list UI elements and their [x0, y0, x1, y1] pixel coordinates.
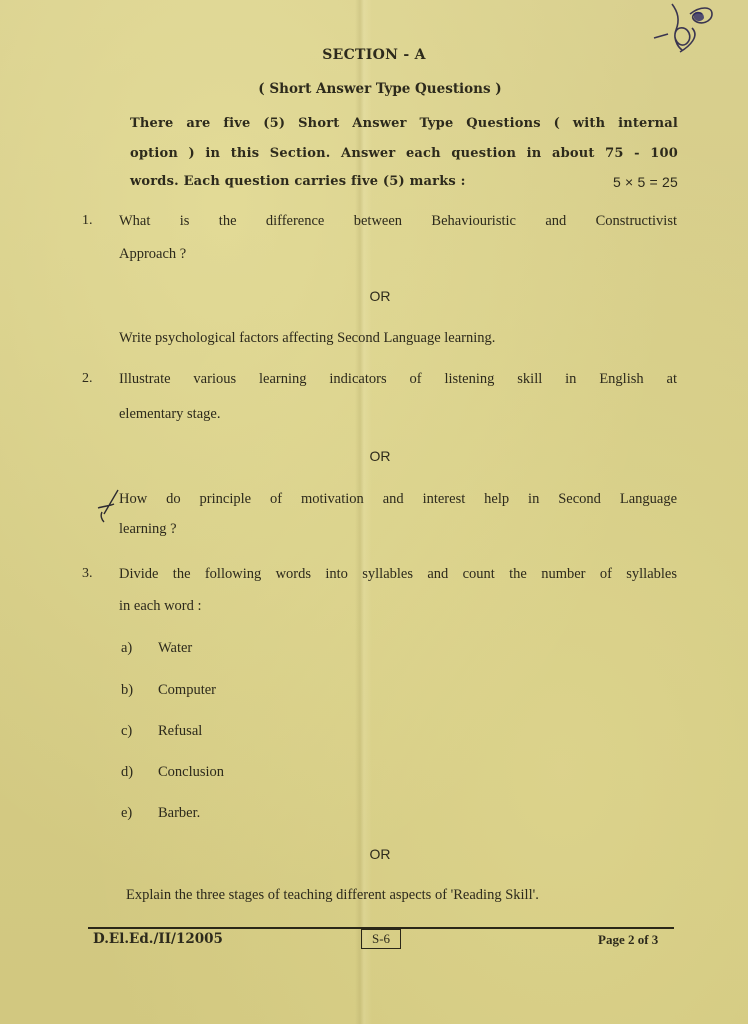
question-2-text-line-1: Illustrate various learning indicators o… — [119, 371, 677, 388]
question-2-number: 2. — [82, 371, 93, 387]
section-title: SECTION - A — [0, 47, 748, 63]
instructions-line-2: option ) in this Section. Answer each qu… — [130, 146, 678, 161]
question-3-text-line-2: in each word : — [119, 598, 677, 615]
option-e-label: e) — [121, 805, 132, 822]
instructions-line-1: There are five (5) Short Answer Type Que… — [130, 116, 678, 131]
question-3-alternative: Explain the three stages of teaching dif… — [126, 887, 684, 904]
question-2-alternative-line-2: learning ? — [119, 521, 677, 538]
question-2-or: OR — [0, 448, 748, 464]
option-e-word: Barber. — [158, 805, 200, 822]
question-3-text-line-1: Divide the following words into syllable… — [119, 566, 677, 583]
option-d-word: Conclusion — [158, 764, 224, 781]
question-1-number: 1. — [82, 213, 93, 229]
set-code-box: S-6 — [361, 929, 401, 949]
section-subtitle: ( Short Answer Type Questions ) — [0, 81, 748, 97]
question-1-or: OR — [0, 288, 748, 304]
option-a-label: a) — [121, 640, 132, 657]
option-c-label: c) — [121, 723, 132, 740]
question-1-text-line-2: Approach ? — [119, 246, 677, 263]
handwritten-tick-icon — [96, 488, 122, 526]
question-2-text-line-2: elementary stage. — [119, 406, 677, 423]
option-a-word: Water — [158, 640, 192, 657]
page-number: Page 2 of 3 — [598, 932, 658, 948]
option-d-label: d) — [121, 764, 133, 781]
section-instructions: There are five (5) Short Answer Type Que… — [130, 116, 678, 196]
instructions-line-3: words. Each question carries five (5) ma… — [130, 174, 466, 189]
option-c-word: Refusal — [158, 723, 202, 740]
marks-distribution: 5 × 5 = 25 — [613, 174, 678, 190]
question-1-text-line-1: What is the difference between Behaviour… — [119, 213, 677, 230]
question-2-alternative-line-1: How do principle of motivation and inter… — [119, 491, 677, 508]
question-1-alternative: Write psychological factors affecting Se… — [119, 330, 677, 347]
option-b-label: b) — [121, 682, 133, 699]
option-b-word: Computer — [158, 682, 216, 699]
question-3-or: OR — [0, 846, 748, 862]
paper-code: D.El.Ed./II/12005 — [93, 931, 223, 947]
question-3-number: 3. — [82, 566, 93, 582]
